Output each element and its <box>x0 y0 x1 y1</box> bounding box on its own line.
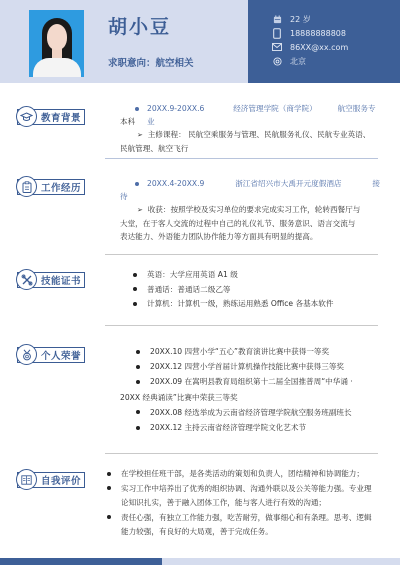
skills-list: 英语：大学应用英语 A1 级 普通话：普通话二级乙等 计算机：计算机一级，熟练运… <box>131 268 393 312</box>
divider <box>105 453 378 454</box>
honor-item: 20XX.08 经选举成为云南省经济管理学院航空服务班副班长 <box>120 405 382 420</box>
skill-item: 普通话：普通话二级乙等 <box>131 283 393 298</box>
self-evaluation-list: 在学校担任班干部，是各类活动的策划和负责人，团结精神和协调能力； 实习工作中培养… <box>105 467 377 540</box>
divider <box>105 158 378 159</box>
mail-icon <box>272 42 282 52</box>
footer-bar-light <box>162 558 400 565</box>
divider <box>105 254 378 255</box>
honor-item: 20XX.10 四营小学“五心”教育演讲比赛中获得一等奖 <box>120 344 382 359</box>
clipboard-icon <box>16 176 37 197</box>
self-eval-item: 在学校担任班干部，是各类活动的策划和负责人，团结精神和协调能力； <box>105 467 377 482</box>
footer-bar-dark <box>0 558 162 565</box>
phone-icon <box>272 28 282 38</box>
section-title-work: 工作经历 <box>17 179 85 195</box>
section-title-self-evaluation: 自我评价 <box>17 472 85 488</box>
profile-photo <box>29 10 84 77</box>
contact-panel: 22 岁 18888888808 86XX@xx.com 北京 <box>248 0 400 83</box>
section-title-honors: 个人荣誉 <box>17 347 85 363</box>
contact-email: 86XX@xx.com <box>272 41 348 53</box>
honor-item-wrap: 20XX 经典诵读”比赛中荣获三等奖 <box>120 390 382 405</box>
self-eval-item: 实习工作中培养出了优秀的组织协调、沟通外联以及公关等能力强。专业理论知识扎实，善… <box>105 482 377 511</box>
section-title-skills: 技能证书 <box>17 272 85 288</box>
skill-item: 英语：大学应用英语 A1 级 <box>131 268 393 283</box>
candidate-name: 胡小豆 <box>108 12 171 39</box>
honor-item: 20XX.12 主持云南省经济管理学院文化艺术节 <box>120 420 382 435</box>
contact-phone: 18888888808 <box>272 27 346 39</box>
calendar-icon <box>272 14 282 24</box>
graduation-cap-icon <box>16 106 37 127</box>
contact-location: 北京 <box>272 55 306 67</box>
header-banner: 胡小豆 求职意向：航空相关 22 岁 18888888808 86XX@xx.c… <box>0 0 400 83</box>
honor-item: 20XX.09 在嵩明县教育局组织第十二届全国推普周“中华诵 · <box>120 374 382 389</box>
honors-list: 20XX.10 四营小学“五心”教育演讲比赛中获得一等奖 20XX.12 四营小… <box>120 344 382 435</box>
tools-icon <box>16 269 37 290</box>
divider <box>105 325 378 326</box>
skill-item: 计算机：计算机一级，熟练运用熟悉 Office 各基本软件 <box>131 297 393 312</box>
medal-icon <box>16 344 37 365</box>
education-courses: ➢ 主修课程： 民航空乘服务与管理、民航服务礼仪、民航专业英语、 民航管理、航空… <box>120 128 382 155</box>
self-eval-item: 责任心强，有独立工作能力强，吃苦耐劳，做事细心和有条理。思考、逻辑能力较强，有良… <box>105 511 377 540</box>
section-title-education: 教育背景 <box>17 109 85 125</box>
job-intent: 求职意向：航空相关 <box>108 55 194 69</box>
contact-age: 22 岁 <box>272 13 311 25</box>
work-entry: 20XX.4-20XX.9 浙江省绍兴市大禹开元度假酒店 接 待 ➢ 收获：按照… <box>120 177 382 243</box>
book-icon <box>16 469 37 490</box>
education-degree: 本科 <box>120 115 382 128</box>
location-icon <box>272 56 282 66</box>
honor-item: 20XX.12 四营小学首届计算机操作技能比赛中获得三等奖 <box>120 359 382 374</box>
